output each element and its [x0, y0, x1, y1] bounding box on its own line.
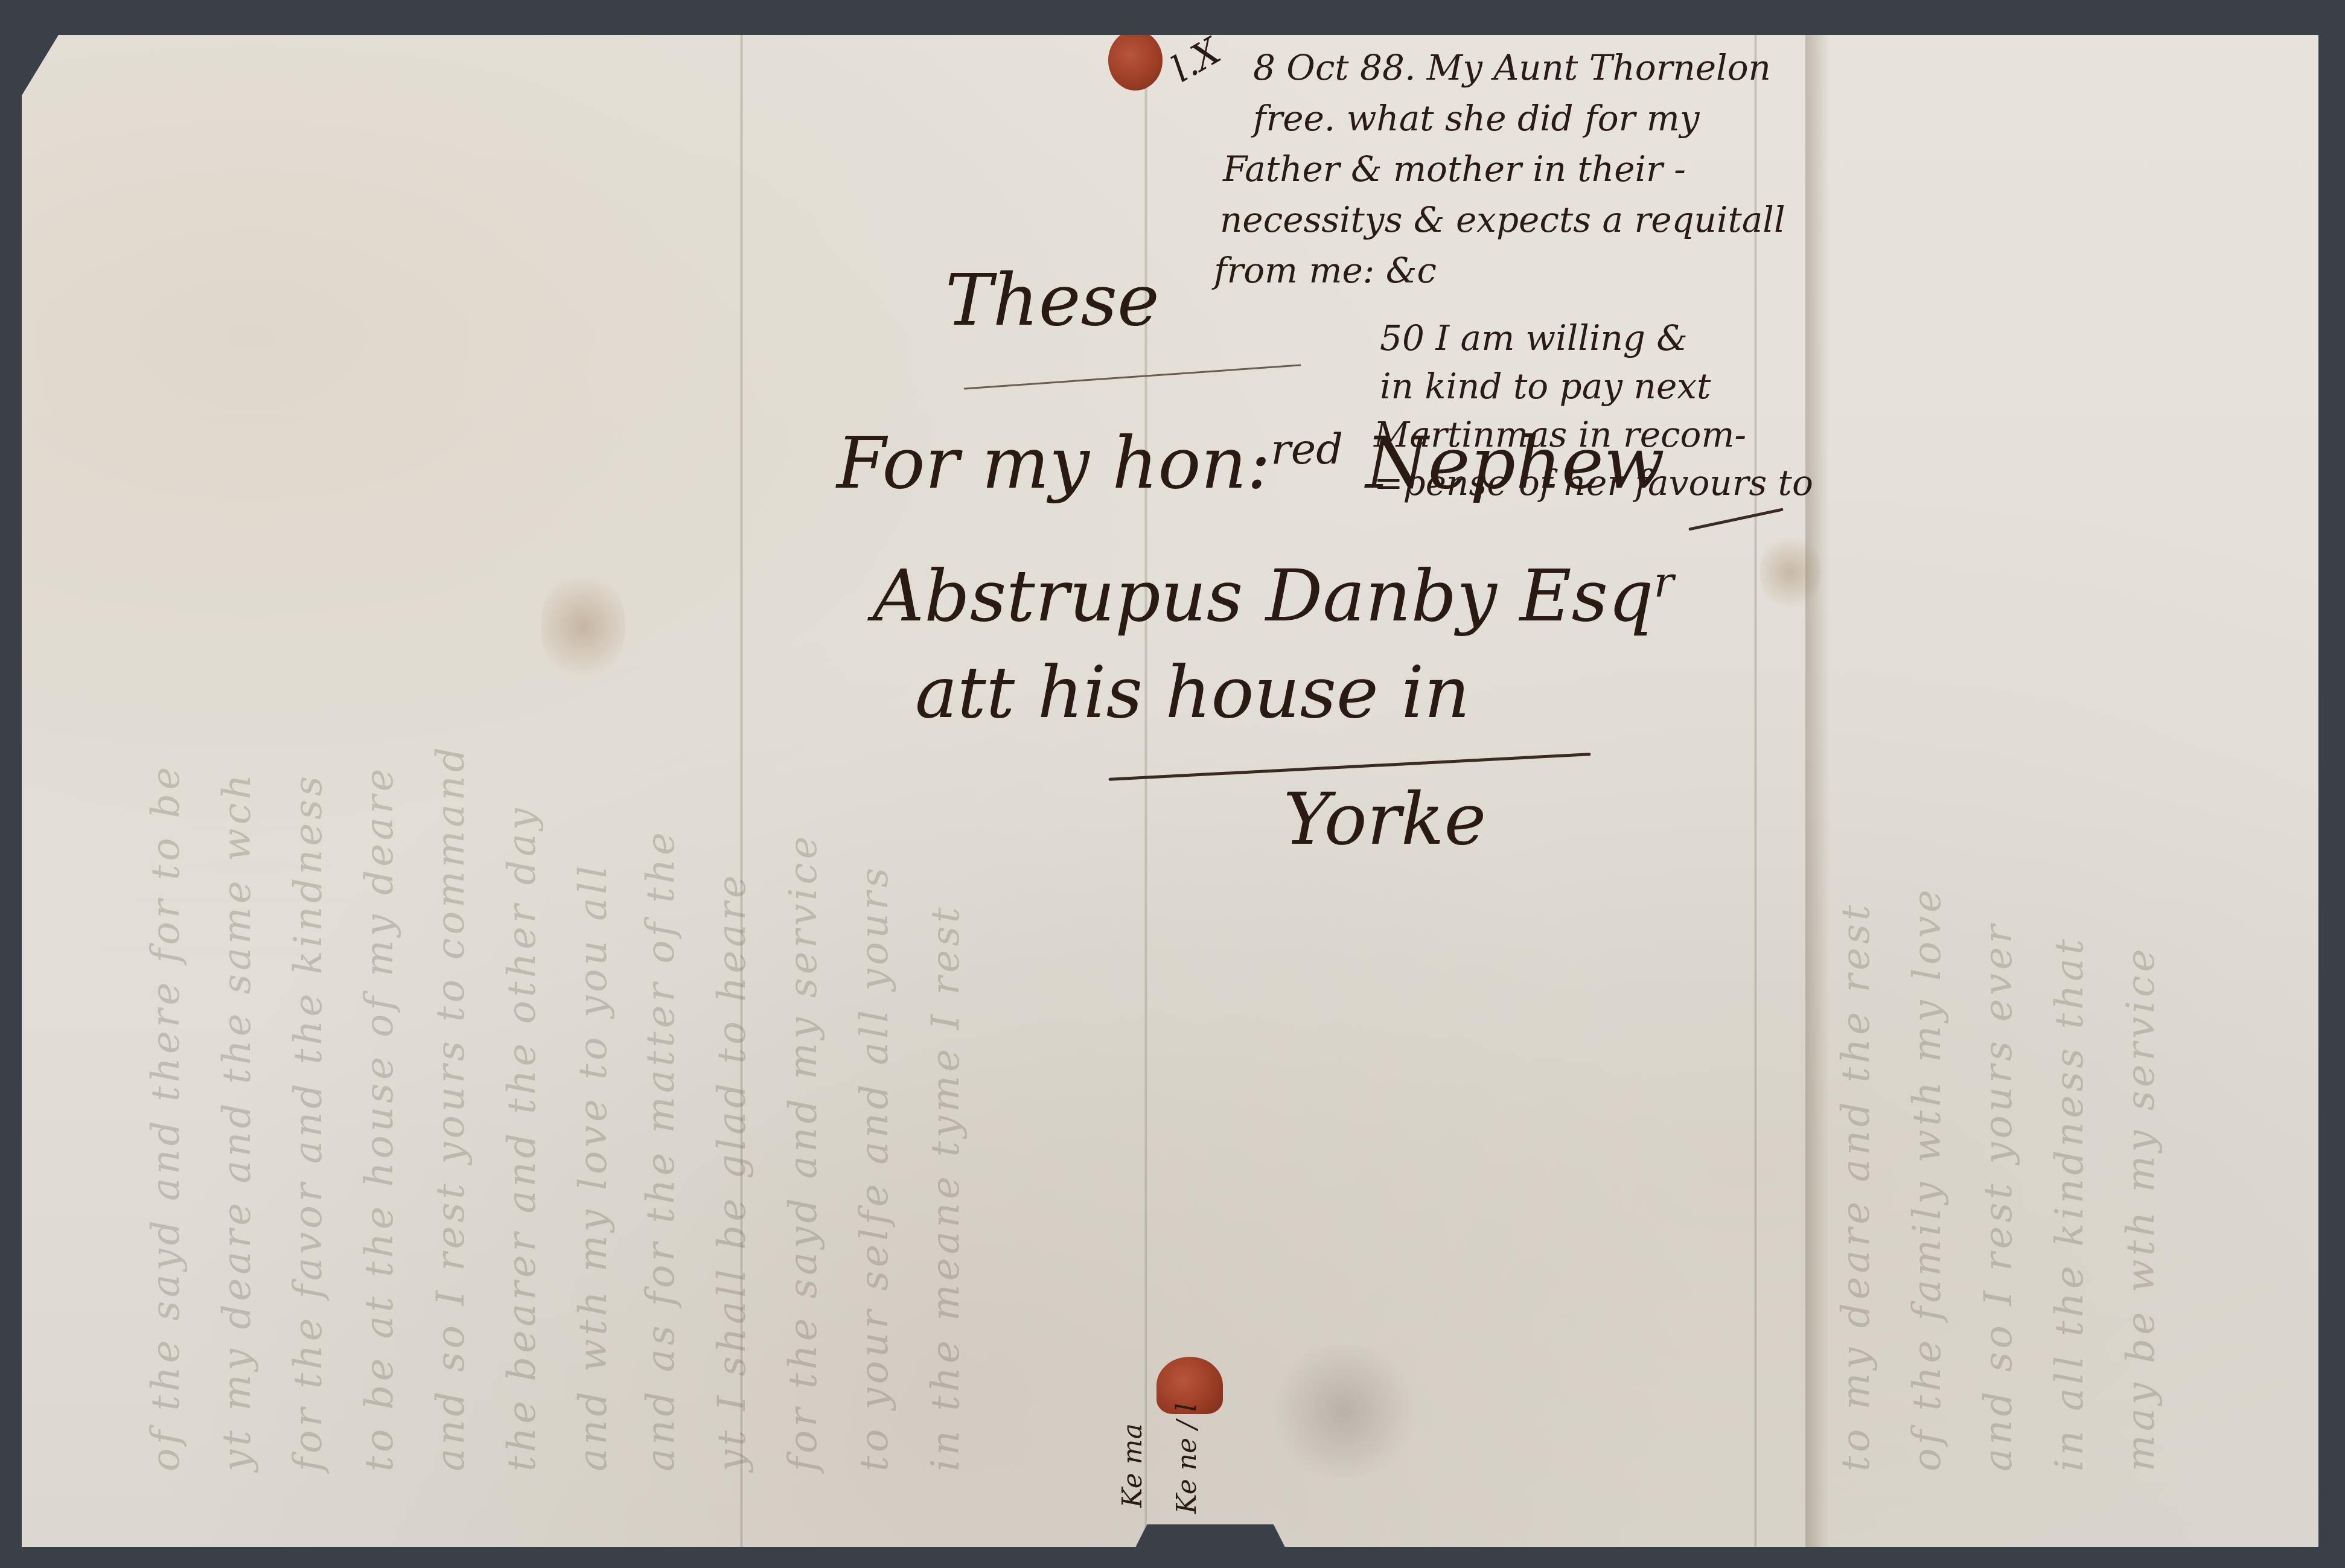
docket-line: Father & mother in their - — [1223, 144, 1686, 194]
salutation: These — [945, 258, 1160, 342]
address-superscript: red — [1271, 424, 1343, 474]
rule-line — [964, 364, 1301, 389]
letter-paper: of the sayd and there for to be yt my de… — [22, 35, 2318, 1547]
recipient-name: Abstrupus Danby Esq — [873, 554, 1654, 637]
address-prefix: For my hon: — [837, 421, 1271, 505]
fold-line — [1754, 35, 1758, 1547]
fold-line — [740, 35, 744, 1547]
fragment-text: Ke ne / l — [1172, 1403, 1202, 1514]
flourish — [1688, 508, 1784, 531]
address-line-2: Abstrupus Danby Esqr — [873, 554, 1674, 637]
address-city: Yorke — [1283, 777, 1486, 861]
rule-line — [1108, 753, 1590, 781]
docket-line: 8 Oct 88. My Aunt Thornelon — [1253, 42, 1771, 93]
address-nephew: Nephew — [1365, 421, 1664, 505]
docket-line: necessitys & expects a requitall — [1220, 194, 1785, 245]
bleed-through-text: to my deare and the rest of the family w… — [1820, 886, 2177, 1471]
address-line-3: att his house in — [915, 651, 1470, 734]
docket-mark: l.X — [1162, 26, 1230, 94]
docket-line: free. what she did for my — [1253, 93, 1699, 144]
water-stain — [1760, 530, 1820, 614]
address-line-1: For my hon:red Nephew — [837, 421, 1665, 505]
water-stain — [1265, 1345, 1422, 1477]
bleed-through-text: of the sayd and there for to be yt my de… — [130, 744, 629, 1471]
ink-stain — [541, 566, 625, 687]
side-note-line: in kind to pay next — [1380, 361, 1711, 412]
esquire-superscript: r — [1654, 557, 1674, 607]
side-note-line: 50 I am willing & — [1380, 313, 1688, 363]
wax-seal-top — [1108, 30, 1163, 91]
fragment-text: Ke ma — [1117, 1423, 1148, 1508]
fold-shadow — [1805, 35, 1830, 1547]
docket-line: from me: &c — [1214, 245, 1437, 296]
bleed-through-text: and as for the matter of the yt I shall … — [625, 829, 981, 1471]
